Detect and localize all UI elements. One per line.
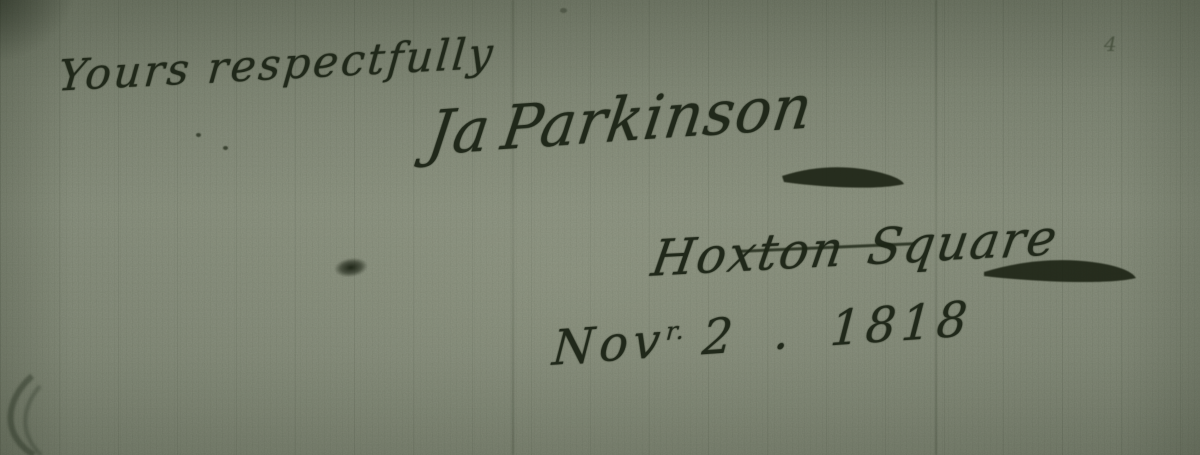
- bleedthrough-mark: [0, 372, 70, 455]
- paper-crease: [512, 0, 514, 455]
- page-number: 4: [1104, 32, 1117, 56]
- manuscript-page: Yours respectfully Ja Parkinson Hoxton S…: [0, 0, 1200, 455]
- signature: Ja Parkinson: [423, 72, 817, 170]
- date-month: Nov: [551, 313, 668, 377]
- address-line: Hoxton Square: [648, 209, 1063, 288]
- ink-speck: [196, 133, 201, 137]
- date-line: Novr.2 . 1818: [551, 291, 975, 377]
- ink-blot: [333, 256, 369, 280]
- date-day-year: 2 . 1818: [700, 291, 974, 366]
- closing-line: Yours respectfully: [56, 28, 497, 101]
- date-superscript: r.: [665, 315, 686, 346]
- signature-flourish: [778, 148, 910, 194]
- ink-smudge: [560, 8, 567, 13]
- ink-speck: [223, 146, 228, 150]
